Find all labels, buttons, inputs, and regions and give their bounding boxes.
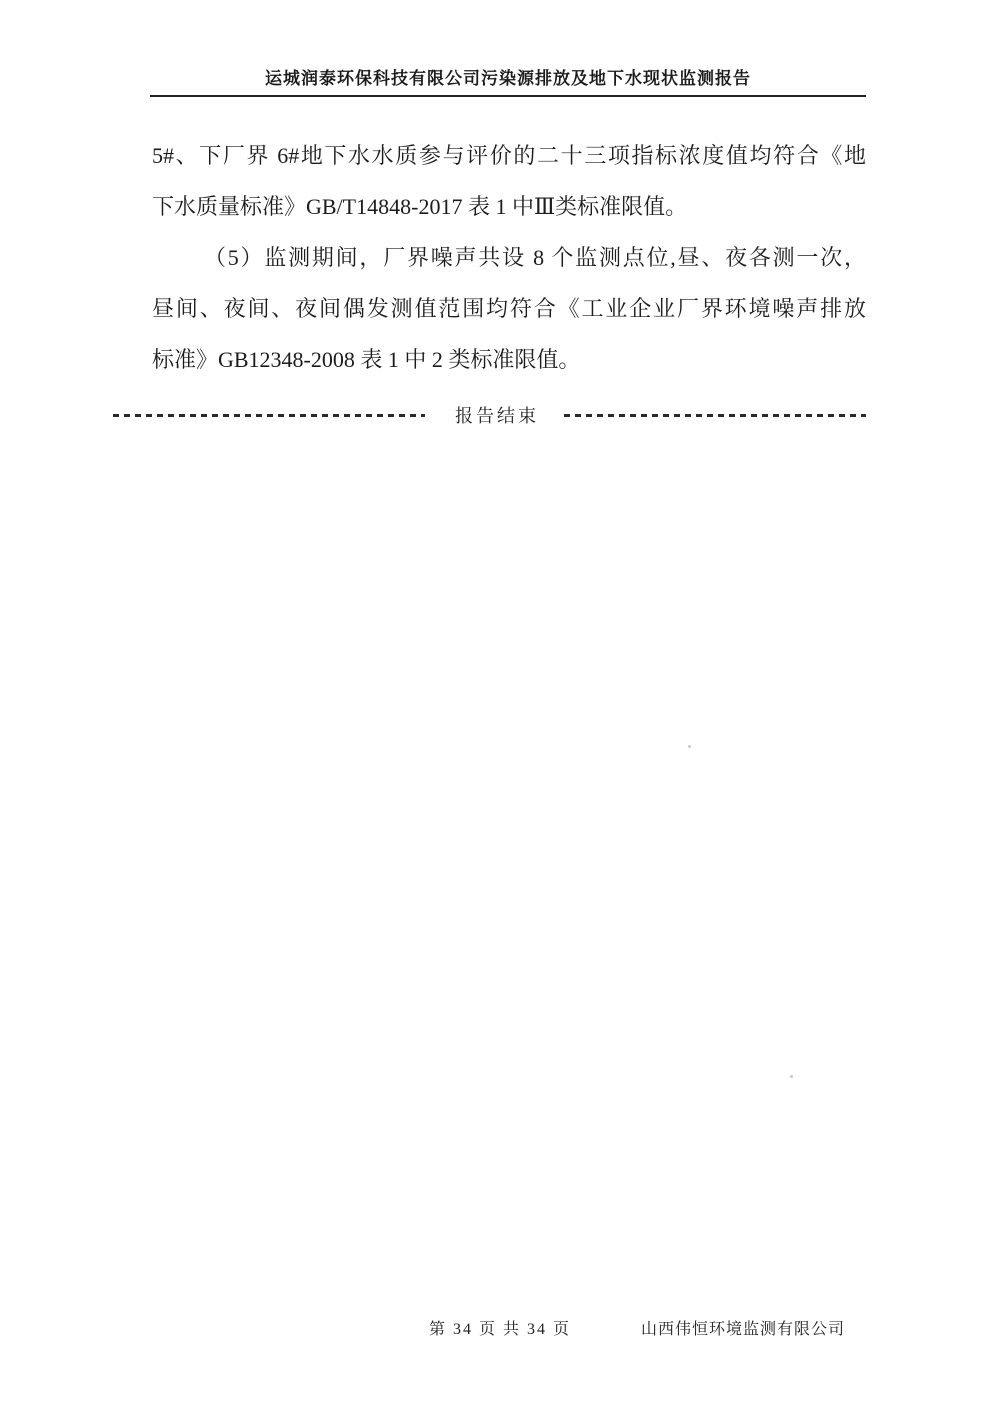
paragraph-1-line-1: 5#、下厂界 6#地下水水质参与评价的二十三项指标浓度值均符合《地 [152,130,866,181]
footer-page-number: 第 34 页 共 34 页 [0,1316,1000,1339]
paragraph-2-line-3: 标准》GB12348-2008 表 1 中 2 类标准限值。 [152,334,866,385]
scan-artifact-speck [790,1075,793,1078]
footer-company-name: 山西伟恒环境监测有限公司 [641,1316,845,1339]
report-page: 运城润泰环保科技有限公司污染源排放及地下水现状监测报告 5#、下厂界 6#地下水… [0,0,1000,1417]
document-body: 5#、下厂界 6#地下水水质参与评价的二十三项指标浓度值均符合《地 下水质量标准… [152,130,866,385]
paragraph-2-line-2: 昼间、夜间、夜间偶发测值范围均符合《工业企业厂界环境噪声排放 [152,283,866,334]
dashed-rule-left [113,414,425,417]
page-footer: 第 34 页 共 34 页 山西伟恒环境监测有限公司 [0,1316,1000,1342]
paragraph-1-line-2: 下水质量标准》GB/T14848-2017 表 1 中Ⅲ类标准限值。 [152,181,866,232]
report-end-separator: 报告结束 [113,402,866,428]
paragraph-2-line-1: （5）监测期间，厂界噪声共设 8 个监测点位,昼、夜各测一次， [152,232,866,283]
dashed-rule-right [564,414,866,417]
header-rule [150,95,866,97]
running-header-title: 运城润泰环保科技有限公司污染源排放及地下水现状监测报告 [150,64,866,89]
scan-artifact-speck [688,745,691,748]
report-end-label: 报告结束 [455,402,539,428]
